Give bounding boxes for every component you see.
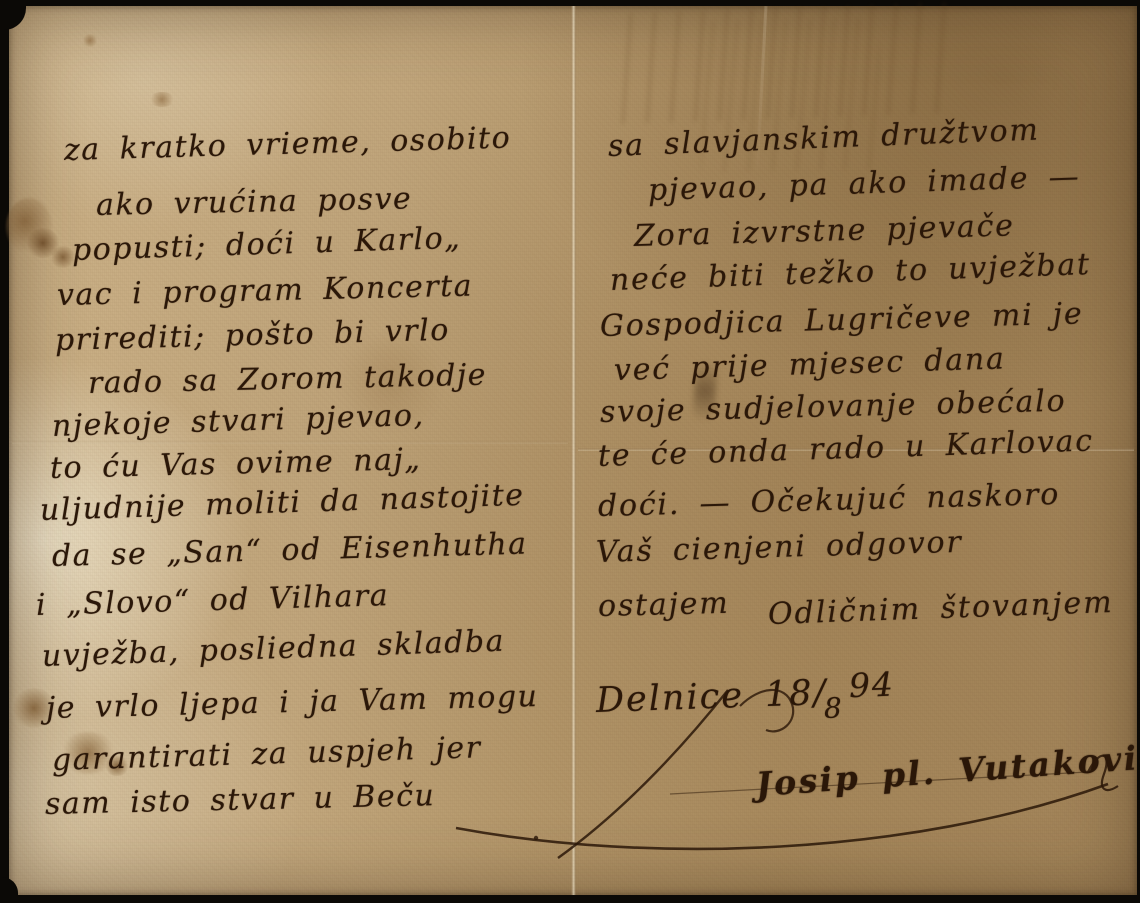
- letter-line: sam isto stvar u Beču: [45, 781, 436, 820]
- signature-flourish: [440, 676, 1130, 876]
- letter-line: to ću Vas ovime naj„: [50, 445, 422, 484]
- letter-line: ostajem: [598, 589, 730, 622]
- letter-line: rado sa Zorom takodje: [88, 361, 488, 399]
- letter-scan: za kratko vrieme, osobito ako vrućina po…: [0, 0, 1140, 903]
- letter-line: ako vrućina posve: [96, 184, 413, 221]
